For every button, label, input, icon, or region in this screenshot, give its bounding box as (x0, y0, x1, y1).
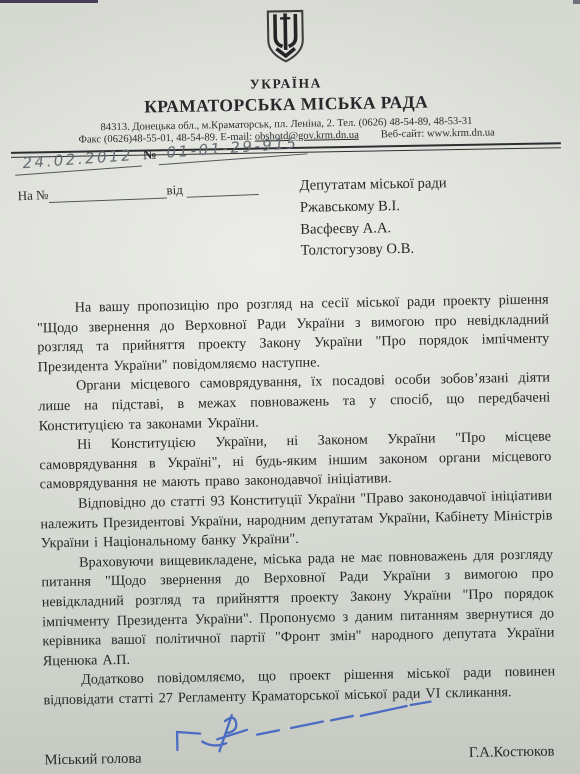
recipient-line: Толстогузову О.В. (301, 239, 448, 263)
body-paragraph: Враховуючи вищевикладене, міська рада не… (41, 545, 555, 671)
number-sign: № (143, 146, 158, 162)
body-paragraph: На вашу пропозицію про розгляд на сесії … (37, 290, 550, 377)
reply-to-label: На № (17, 187, 48, 203)
scanned-letter-page: УКРАЇНА КРАМАТОРСЬКА МІСЬКА РАДА 84313. … (0, 0, 580, 774)
recipient-line: Васфеєву А.А. (300, 217, 447, 241)
website-text: Веб-сайт: www.krm.dn.ua (381, 127, 495, 140)
signer-title: Міський голова (44, 751, 141, 770)
recipient-line: Депутатам міської ради (299, 173, 446, 197)
blank-number-line (48, 186, 166, 204)
body-paragraph: Ні Конституцією України, ні Законом Укра… (39, 428, 552, 496)
recipients-block: Депутатам міської ради Ржавському В.І. В… (299, 173, 448, 263)
ukraine-trident-icon (261, 7, 309, 70)
reply-from-label: від (166, 182, 183, 198)
reply-reference-row: На №від (17, 179, 259, 204)
blank-date-line (187, 182, 259, 198)
body-paragraph: Відповідно до статті 93 Конституції Укра… (40, 486, 553, 554)
letter-content: УКРАЇНА КРАМАТОРСЬКА МІСЬКА РАДА 84313. … (0, 0, 580, 774)
recipient-line: Ржавському В.І. (300, 195, 447, 219)
body-paragraph: Органи місцевого самоврядування, їх поса… (38, 369, 551, 437)
letter-body: На вашу пропозицію про розгляд на сесії … (37, 290, 556, 710)
signer-name: Г.А.Костюков (469, 743, 555, 761)
